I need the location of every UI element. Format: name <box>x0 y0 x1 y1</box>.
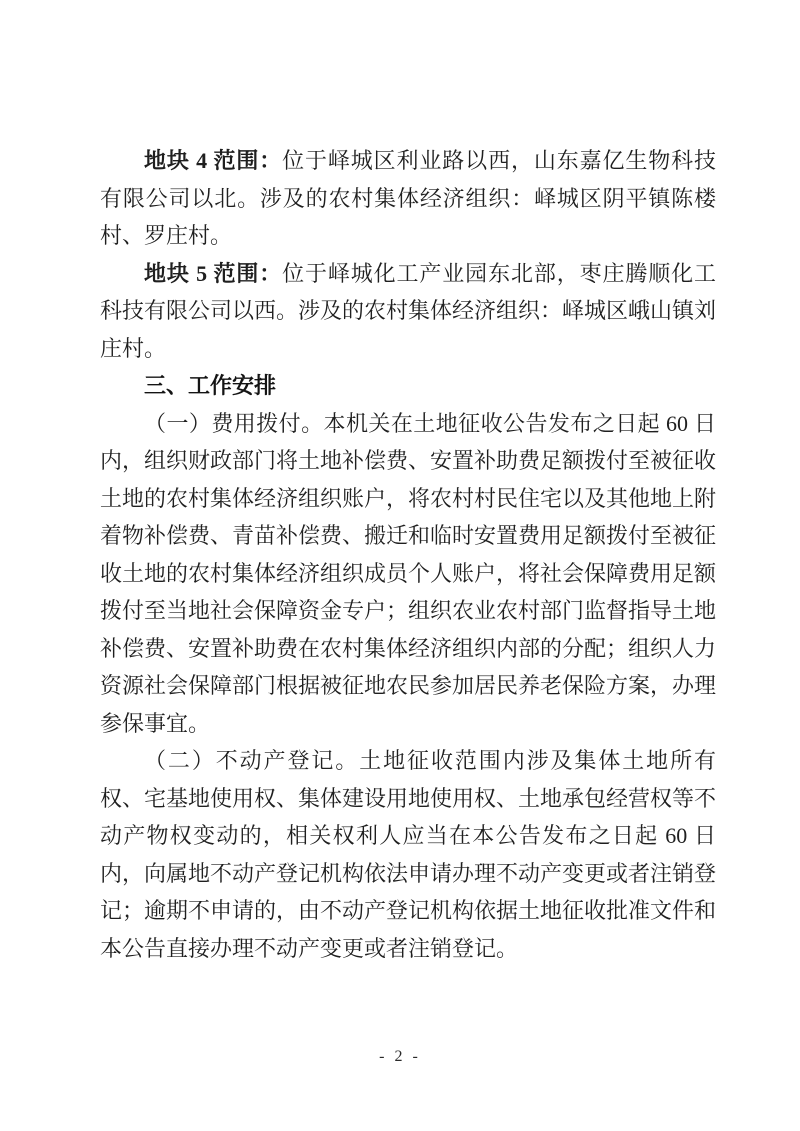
work-item-2-text: 土地征收范围内涉及集体土地所有权、宅基地使用权、集体建设用地使用权、土地承包经营… <box>100 748 716 961</box>
page-number: - 2 - <box>0 1046 800 1068</box>
paragraph-work-item-2-property-registration: （二）不动产登记。土地征收范围内涉及集体土地所有权、宅基地使用权、集体建设用地使… <box>100 742 716 967</box>
plot-5-lead: 地块 5 范围： <box>144 261 282 286</box>
work-item-1-text: 本机关在土地征收公告发布之日起 60 日内，组织财政部门将土地补偿费、安置补助费… <box>100 411 716 736</box>
document-body: 地块 4 范围：位于峄城区利业路以西，山东嘉亿生物科技有限公司以北。涉及的农村集… <box>100 142 716 967</box>
paragraph-plot-4: 地块 4 范围：位于峄城区利业路以西，山东嘉亿生物科技有限公司以北。涉及的农村集… <box>100 142 716 255</box>
paragraph-work-item-1-fund-allocation: （一）费用拨付。本机关在土地征收公告发布之日起 60 日内，组织财政部门将土地补… <box>100 405 716 743</box>
section-heading-work-arrangement: 三、工作安排 <box>100 367 716 405</box>
work-item-1-lead: （一）费用拨付。 <box>144 411 324 436</box>
plot-4-lead: 地块 4 范围： <box>144 148 282 173</box>
document-page: 地块 4 范围：位于峄城区利业路以西，山东嘉亿生物科技有限公司以北。涉及的农村集… <box>0 0 800 1131</box>
paragraph-plot-5: 地块 5 范围：位于峄城化工产业园东北部，枣庄腾顺化工科技有限公司以西。涉及的农… <box>100 255 716 368</box>
work-item-2-lead: （二）不动产登记。 <box>144 748 359 773</box>
